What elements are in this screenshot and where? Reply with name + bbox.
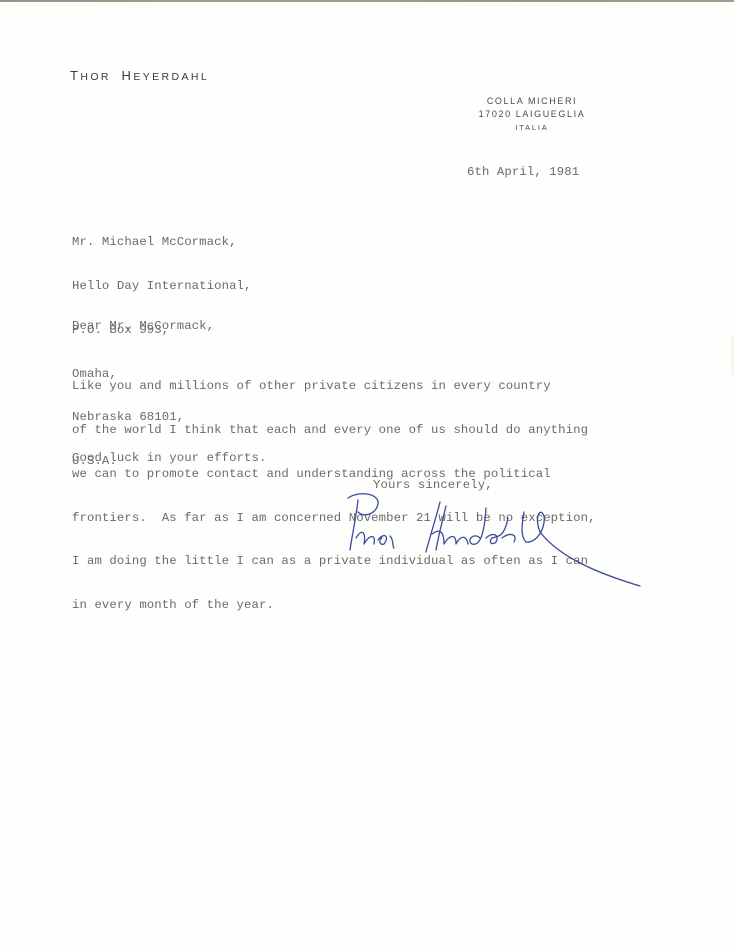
recipient-line: Mr. Michael McCormack,	[72, 235, 252, 250]
body-line: we can to promote contact and understand…	[72, 467, 596, 482]
letterhead-name: THOR HEYERDAHL	[70, 68, 209, 83]
closing-line: Good luck in your efforts.	[72, 451, 266, 465]
body-line: Like you and millions of other private c…	[72, 379, 596, 394]
letterhead-address: COLLA MICHERI 17020 LAIGUEGLIA ITALIA	[452, 95, 612, 134]
letter-date: 6th April, 1981	[467, 165, 579, 179]
body-line: of the world I think that each and every…	[72, 423, 596, 438]
handwritten-signature	[340, 488, 650, 593]
recipient-line: Hello Day International,	[72, 279, 252, 294]
body-line: in every month of the year.	[72, 598, 596, 613]
address-line-3: ITALIA	[452, 121, 612, 134]
scan-top-edge	[0, 0, 734, 2]
salutation: Dear Mr. McCormack,	[72, 319, 214, 333]
address-line-1: COLLA MICHERI	[452, 95, 612, 108]
address-line-2: 17020 LAIGUEGLIA	[452, 108, 612, 121]
